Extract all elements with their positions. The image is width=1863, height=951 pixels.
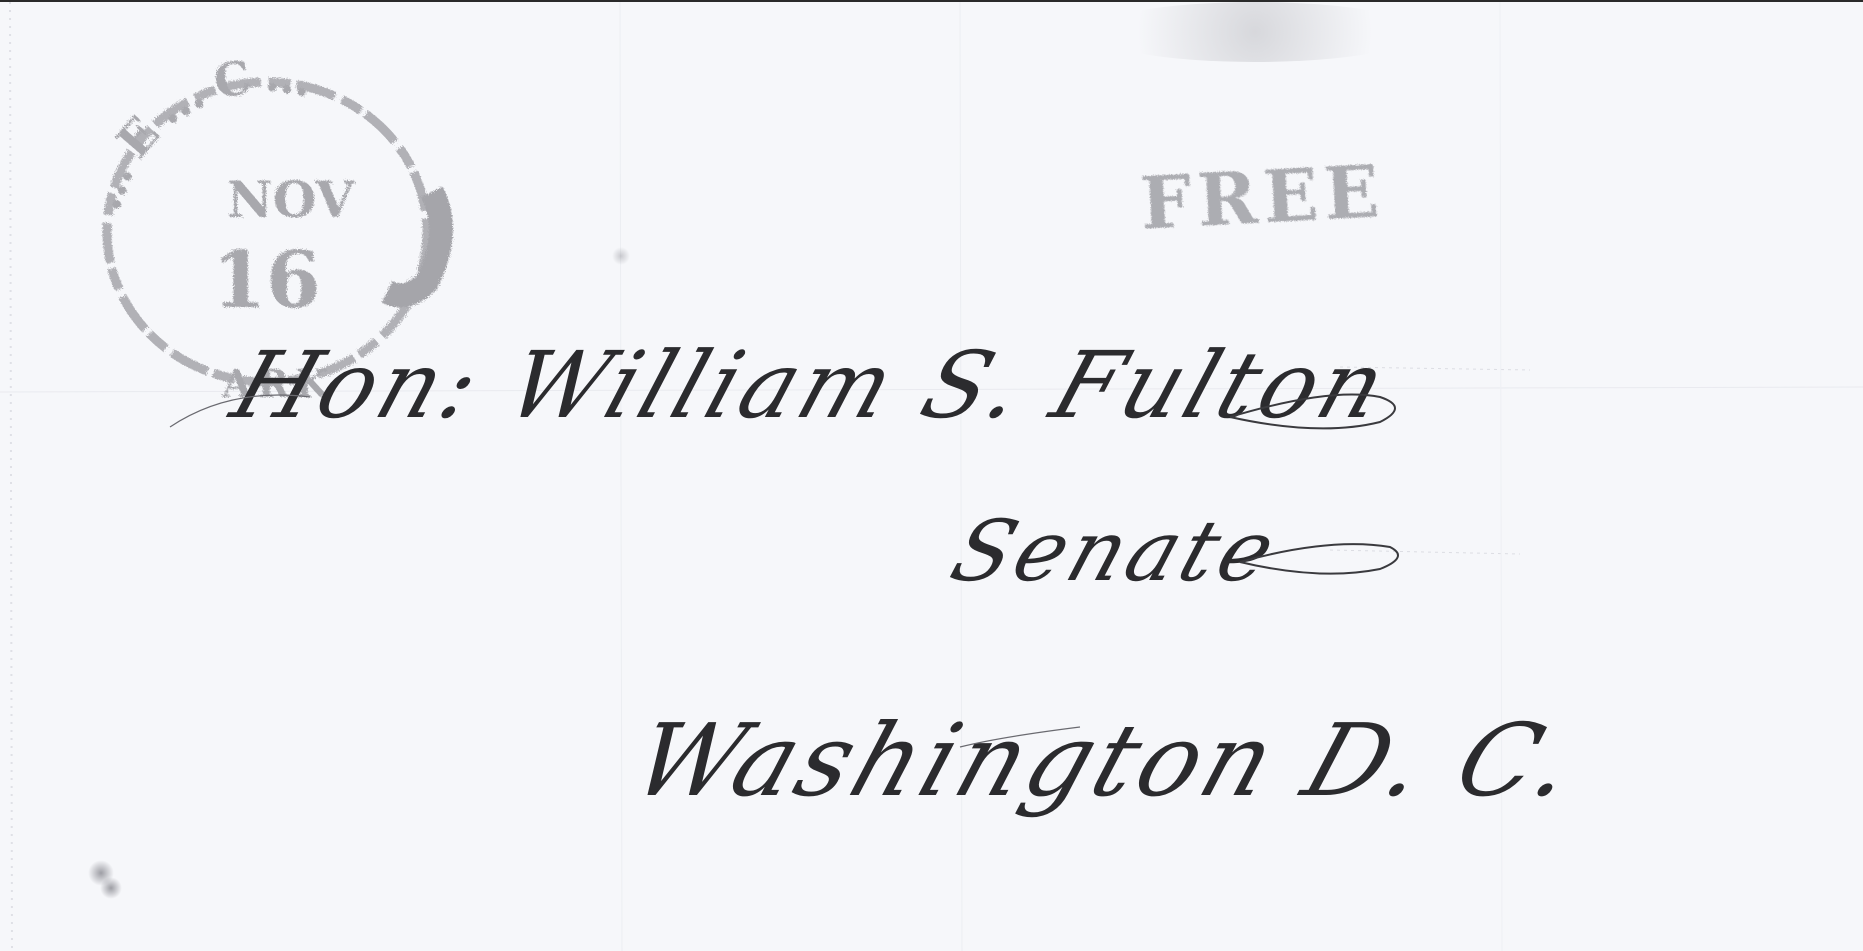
free-frank-stamp: FREE bbox=[1130, 142, 1420, 242]
address-line-city: Washington D. C. bbox=[620, 702, 1593, 819]
address-line-senate: Senate bbox=[940, 502, 1291, 600]
address-line-name: Hon: William S. Fulton bbox=[220, 332, 1402, 439]
postmark-day: 16 bbox=[212, 235, 321, 326]
ink-speck bbox=[612, 247, 630, 265]
free-stamp-text: FREE bbox=[1138, 148, 1387, 242]
ink-speck bbox=[100, 877, 122, 899]
envelope-scan: …E…C… NOV 16 ARK FREE Hon: William S. Fu… bbox=[0, 0, 1863, 951]
ink-smudge bbox=[1090, 2, 1420, 62]
postmark-month: NOV bbox=[227, 170, 355, 229]
